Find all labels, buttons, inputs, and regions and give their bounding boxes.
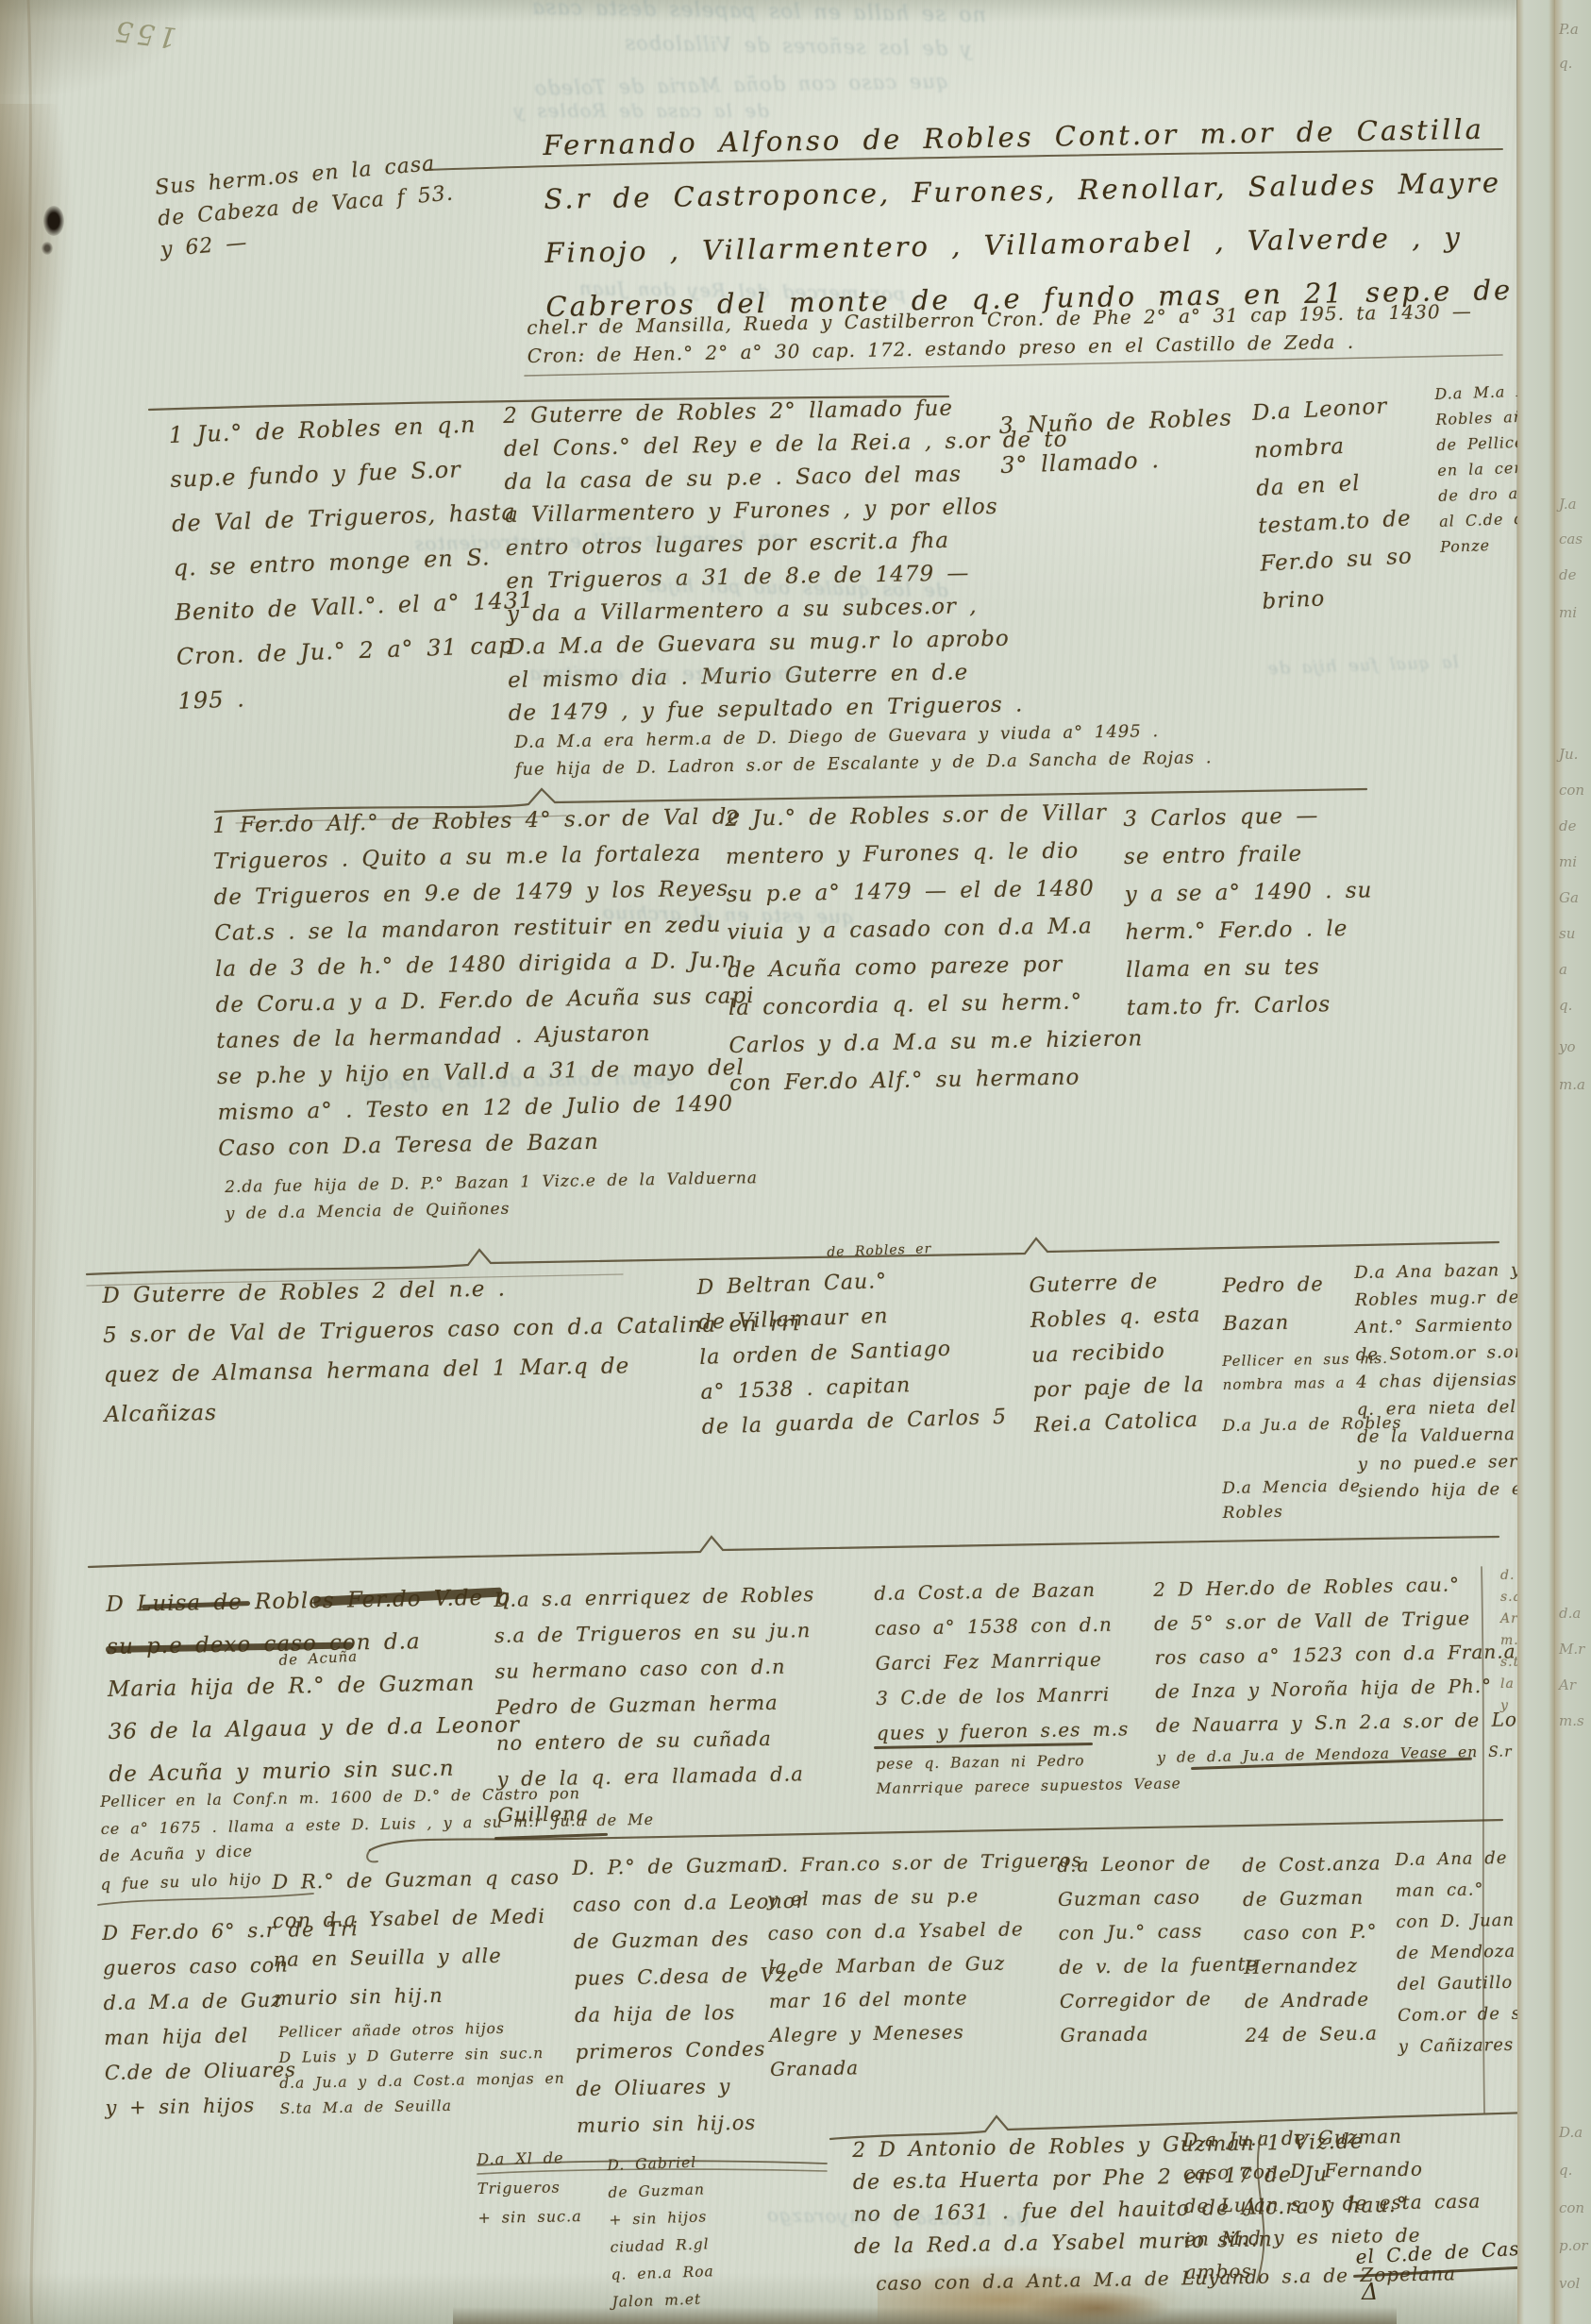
- showthrough-10: que esta en el archiuo: [602, 900, 854, 930]
- edge-text-scrap: vol: [1559, 2275, 1580, 2292]
- gen5-entry2-note: Pellicer añade otros hijosD Luis y D Gut…: [278, 2015, 565, 2122]
- edge-text-scrap: cas: [1559, 530, 1583, 547]
- edge-text-scrap: de: [1559, 566, 1576, 583]
- edge-text-scrap: con: [1559, 782, 1584, 799]
- edge-text-scrap: mi: [1559, 604, 1577, 621]
- gen4-entry2-enriquez-de-robles: D.a s.a enrriquez de Robless.a de Trigue…: [494, 1576, 818, 1833]
- gen1-entry3-nuno-de-robles: 3 Nuño de Robles3° llamado .: [998, 397, 1234, 485]
- gen3-entry4-pedro-bazan: Pedro deBazan: [1222, 1265, 1325, 1342]
- edge-text-scrap: m.s: [1559, 1712, 1584, 1729]
- edge-text-scrap: q.: [1559, 55, 1572, 72]
- edge-text-scrap: q.: [1559, 997, 1572, 1014]
- gen5-entry4-francisco: D. Fran.co s.or de Triguerosy el mas de …: [766, 1843, 1086, 2086]
- gen2-entry2-juan-de-robles: 2 Ju.° de Robles s.or de Villarmentero y…: [725, 793, 1144, 1103]
- gen5-left-note: de Acuña y diceq fue su ulo hijo: [99, 1837, 262, 1899]
- edge-text-scrap: d.a: [1559, 1605, 1581, 1622]
- gen6-entry2-gabriel-de-guzman: D. Gabrielde Guzman+ sin hijosciudad R.g…: [607, 2148, 715, 2316]
- showthrough-4: de la casa de Robles y: [513, 98, 769, 124]
- next-page-edge: P.aq.J.acasdemiJu.condemiGasuaq.yom.ad.a…: [1555, 0, 1591, 2324]
- edge-text-scrap: mi: [1559, 853, 1577, 870]
- gen2-entry1-note: 2.da fue hija de D. P.° Bazan 1 Vizc.e d…: [225, 1165, 759, 1227]
- caret-mark: Δ: [1362, 2279, 1378, 2305]
- edge-text-scrap: M.r: [1559, 1641, 1584, 1658]
- edge-text-scrap: Ga: [1559, 889, 1579, 906]
- edge-text-scrap: Ju.: [1559, 746, 1578, 763]
- gen2-entry3-carlos: 3 Carlos que —se entro frailey a se a° 1…: [1123, 796, 1375, 1027]
- gen3-entry3-gutierre-paje: Guterre deRobles q. estaua recibidopor p…: [1029, 1263, 1206, 1443]
- manuscript-page: 155 Sus herm.os en la casade Cabeza de V…: [0, 0, 1591, 2324]
- showthrough-11: segun consta de los papeles: [362, 1065, 675, 1096]
- gen3-entry4-note-mencia: D.a Mencia deRobles: [1222, 1474, 1362, 1525]
- edge-text-scrap: Ar: [1559, 1676, 1576, 1693]
- gen5-entry2-rodrigo-de-guzman: D R.° de Guzman q casocon d.a Ysabel de …: [272, 1859, 561, 2018]
- gen1-entry4-leonor: D.a Leonornombrada en eltestam.to deFer.…: [1251, 386, 1416, 620]
- edge-text-scrap: m.a: [1559, 1076, 1585, 1093]
- edge-text-scrap: a: [1559, 961, 1567, 978]
- page-fore-edge: [1517, 0, 1555, 2324]
- showthrough-12: de la casa y mayorazgo: [765, 2202, 1029, 2232]
- edge-text-scrap: D.a: [1559, 2124, 1583, 2141]
- edge-text-scrap: q.: [1559, 2162, 1572, 2179]
- gen4-entry1-luis-de-robles: D Luisa de Robles Fer.do V.de qsu p.e de…: [106, 1576, 521, 1796]
- gen1-entry1-juan-de-robles: 1 Ju.° de Robles en q.nsup.e fundo y fue…: [168, 401, 538, 724]
- edge-text-scrap: yo: [1559, 1038, 1576, 1055]
- edge-text-scrap: su: [1559, 925, 1575, 942]
- edge-text-scrap: J.a: [1559, 496, 1577, 513]
- edge-text-scrap: p.or: [1559, 2237, 1588, 2254]
- edge-text-scrap: P.a: [1559, 21, 1579, 38]
- gen2-entry1-fernando-alfonso: 1 Fer.do Alf.° de Robles 4° s.or de Val …: [212, 799, 758, 1167]
- gen4-entry3-note: pese q. Bazan ni PedroManrrique parece s…: [876, 1746, 1181, 1801]
- gen5-entry6-constanza-de-guzman: de Cost.anzade Guzmancaso con P.°Hernand…: [1242, 1845, 1384, 2052]
- edge-text-scrap: con: [1559, 2199, 1584, 2216]
- edge-text-scrap: de: [1559, 817, 1576, 834]
- gen4-entry3-constanza-bazan: d.a Cost.a de Bazancaso a° 1538 con d.nG…: [874, 1572, 1130, 1751]
- showthrough-7: de los quales ouo por hijos: [644, 572, 948, 603]
- showthrough-8: como pareze por escritura: [528, 661, 819, 686]
- gen3-entry2-beltran: D Beltran Cau.°de Villamaur enla orden d…: [696, 1260, 1008, 1445]
- gen6-entry1-trigueros: D.a Xl deTrigueros+ sin suc.a: [477, 2143, 582, 2232]
- next-page-text-scraps: P.aq.J.acasdemiJu.condemiGasuaq.yom.ad.a…: [1555, 0, 1591, 2324]
- gen5-entry5-leonor-de-guzman: d.a Leonor deGuzman casocon Ju.° cassde …: [1057, 1844, 1260, 2052]
